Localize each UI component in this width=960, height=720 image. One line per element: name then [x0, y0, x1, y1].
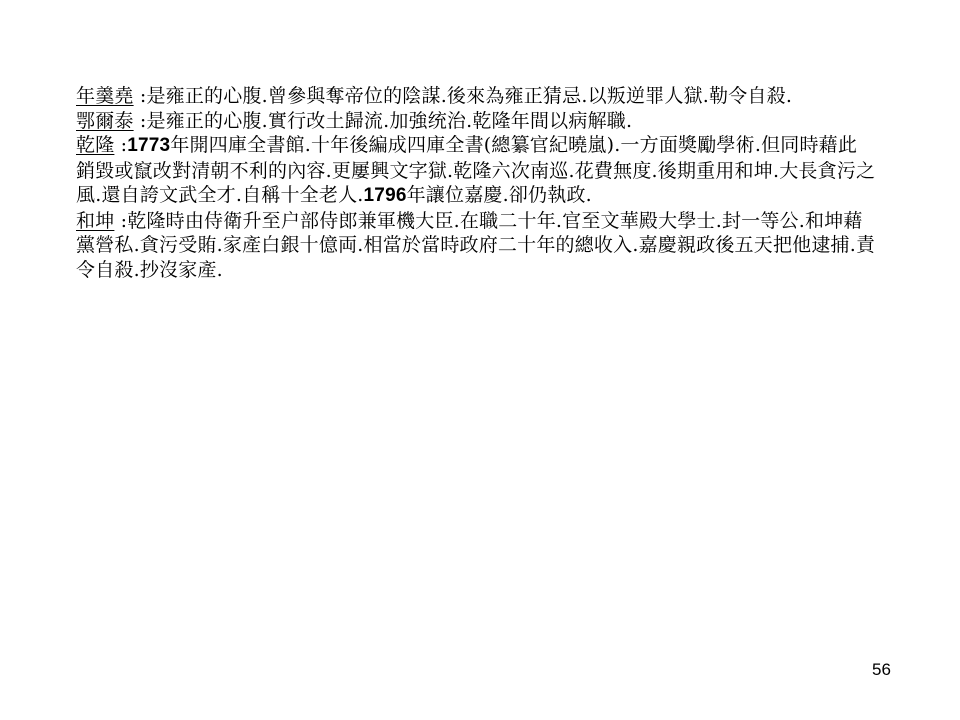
entry-description-end: 年讓位嘉慶.卻仍執政. — [407, 184, 592, 206]
entry-qianlong: 乾隆 :1773年開四庫全書館.十年後編成四庫全書(總纂官紀曉嵐).一方面獎勵學… — [76, 133, 876, 209]
term-separator: : — [134, 85, 147, 107]
year-1796: 1796 — [364, 185, 407, 206]
entry-nian-gengyao: 年羹堯 :是雍正的心腹.曾參與奪帝位的陰謀.後來為雍正猜忌.以叛逆罪人獄.勒令自… — [76, 84, 876, 109]
slide-body-text: 年羹堯 :是雍正的心腹.曾參與奪帝位的陰謀.後來為雍正猜忌.以叛逆罪人獄.勒令自… — [76, 84, 876, 282]
entry-description: 是雍正的心腹.曾參與奪帝位的陰謀.後來為雍正猜忌.以叛逆罪人獄.勒令自殺. — [146, 85, 792, 107]
year-1773: 1773 — [127, 135, 170, 156]
term-separator: : — [134, 110, 147, 132]
entry-description: 乾隆時由侍衛升至户部侍郎兼軍機大臣.在職二十年.官至文華殿大學士.封一等公.和坤… — [76, 210, 875, 281]
entry-description: 是雍正的心腹.實行改土歸流.加強统治.乾隆年間以病解職. — [146, 110, 632, 132]
term-separator: : — [114, 134, 127, 156]
term-label: 鄂爾泰 — [76, 110, 134, 132]
term-label: 乾隆 — [76, 134, 114, 156]
entry-ortai: 鄂爾泰 :是雍正的心腹.實行改土歸流.加強统治.乾隆年間以病解職. — [76, 109, 876, 134]
page-number: 56 — [872, 660, 891, 680]
slide: 年羹堯 :是雍正的心腹.曾參與奪帝位的陰謀.後來為雍正猜忌.以叛逆罪人獄.勒令自… — [0, 0, 960, 720]
term-label: 和坤 — [76, 210, 114, 232]
term-separator: : — [114, 210, 127, 232]
entry-heshen: 和坤 :乾隆時由侍衛升至户部侍郎兼軍機大臣.在職二十年.官至文華殿大學士.封一等… — [76, 209, 876, 283]
term-label: 年羹堯 — [76, 85, 134, 107]
